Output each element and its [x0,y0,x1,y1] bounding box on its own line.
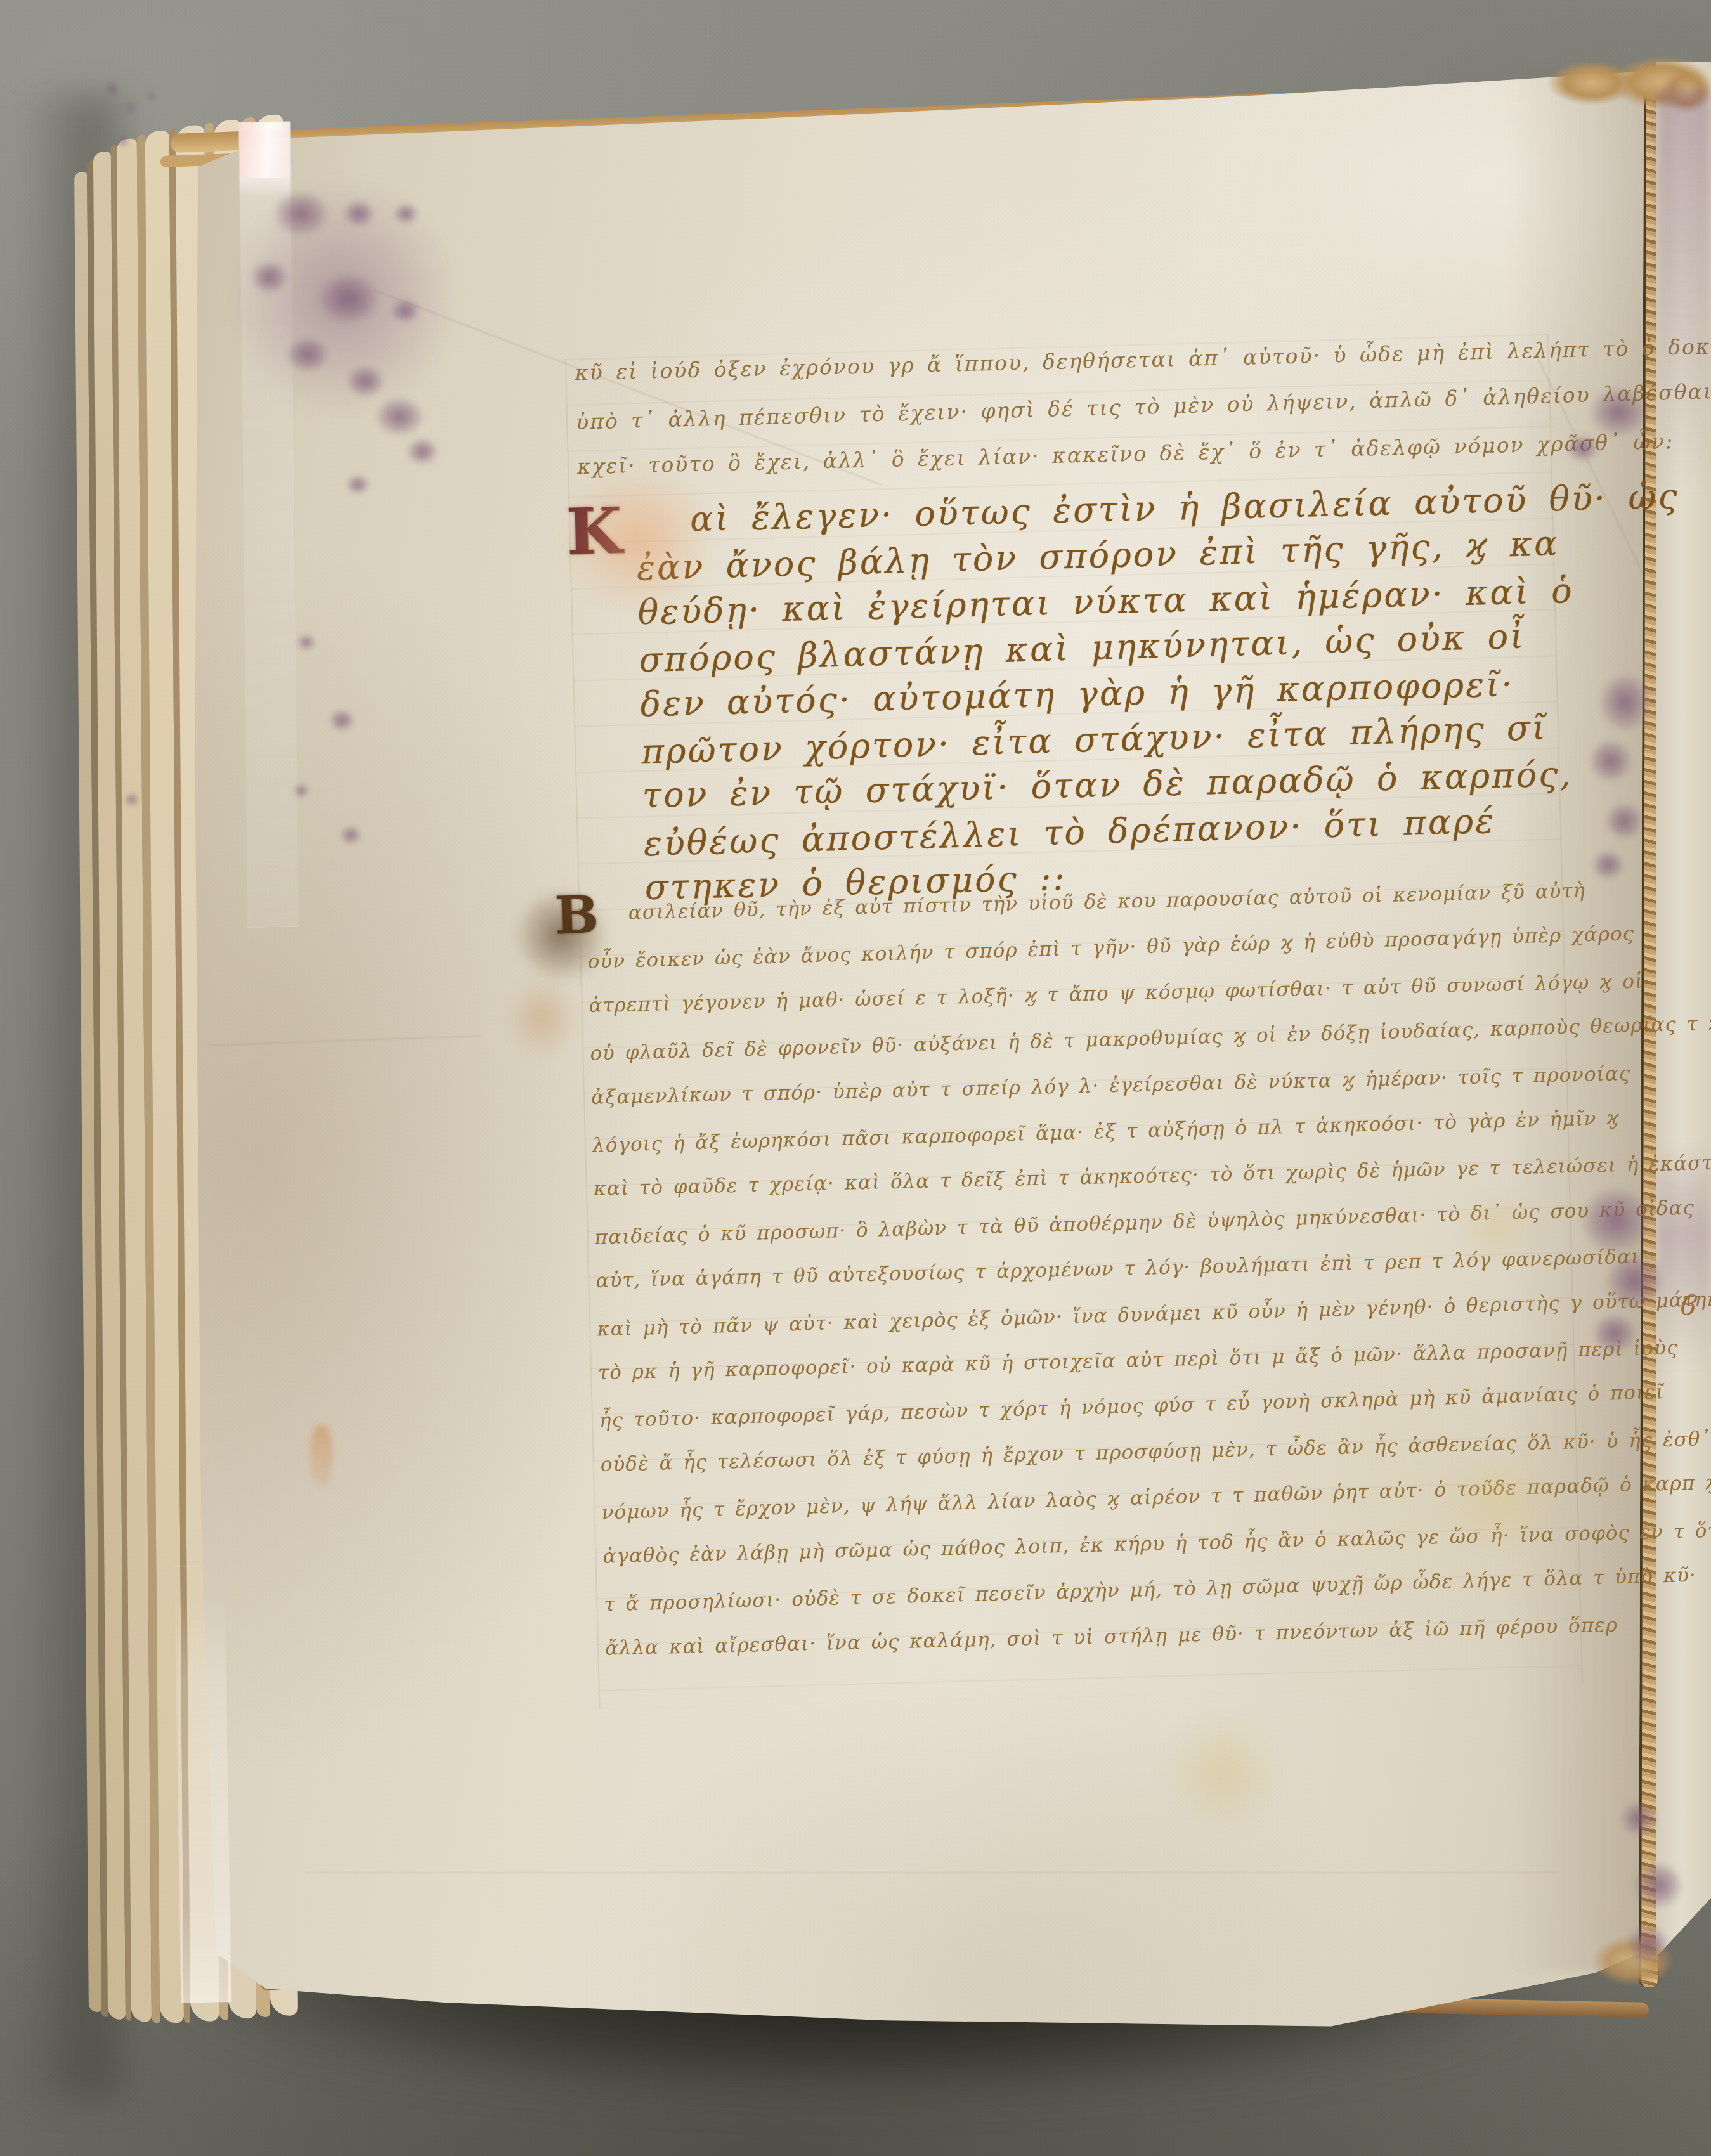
gospel-text-block[interactable]: αὶ ἔλεγεν· οὕτως ἐστὶν ἡ βασιλεία αὐτοῦ … [635,472,1689,912]
mold-stain [390,298,420,323]
mold-stain [374,396,425,437]
mold-stain [346,474,370,495]
mold-stain [346,365,385,398]
conservation-tape-bottom[interactable] [174,1566,232,2003]
mold-stain [406,438,439,465]
yellow-stain [1167,1712,1281,1833]
yellow-stain [1440,1452,1560,1554]
mold-stain [1633,1861,1684,1909]
mold-stain [393,203,419,224]
orange-streak [311,1425,332,1486]
mold-dot [293,784,309,798]
mold-stain [1589,387,1649,438]
mold-dot [126,103,136,112]
parchment-crease [304,1872,1560,1873]
mold-stain [1566,434,1599,462]
mold-dot [147,92,156,100]
mold-wash [1658,1141,1711,1370]
mold-stain [273,190,330,237]
yellow-stain [1459,1192,1535,1262]
mold-dot [117,136,129,146]
initial-burn-halo [514,888,609,983]
initial-halo-stain [558,463,717,615]
mold-stain [317,273,381,325]
mold-dot [329,709,355,732]
tape-sheen [239,122,290,178]
mold-stain [1579,1186,1652,1256]
mold-wash [1658,89,1711,495]
header-annotation-block[interactable]: κῦ εἰ ἰούδ ὀξεν ἐχρόνου γρ ἄ ἵππου, δεηθ… [574,321,1711,491]
commentary-text-block[interactable]: ασιλείαν θῦ, τὴν ἐξ αὐτ πίστιν τὴν υἱοῦ … [586,862,1711,1673]
mold-stain [1589,739,1633,783]
mold-stain [1604,1252,1665,1309]
mold-stain [1592,850,1625,880]
mold-dot [105,82,119,95]
mold-stain [1627,1925,1670,1964]
mold-dot [124,793,140,807]
mold-stain [1598,672,1652,732]
mold-stain [1604,802,1644,840]
mold-stain [285,336,330,373]
mold-stain [1620,1801,1658,1836]
ink-smudge [507,977,577,1059]
mold-stain [1592,1313,1637,1354]
mold-stain [342,200,375,228]
mold-dot [340,826,361,845]
mold-dot [297,634,316,651]
mold-stain [250,260,289,294]
manuscript-photo: κῦ εἰ ἰούδ ὀξεν ἐχρόνου γρ ἄ ἵππου, δεηθ… [0,0,1711,2156]
